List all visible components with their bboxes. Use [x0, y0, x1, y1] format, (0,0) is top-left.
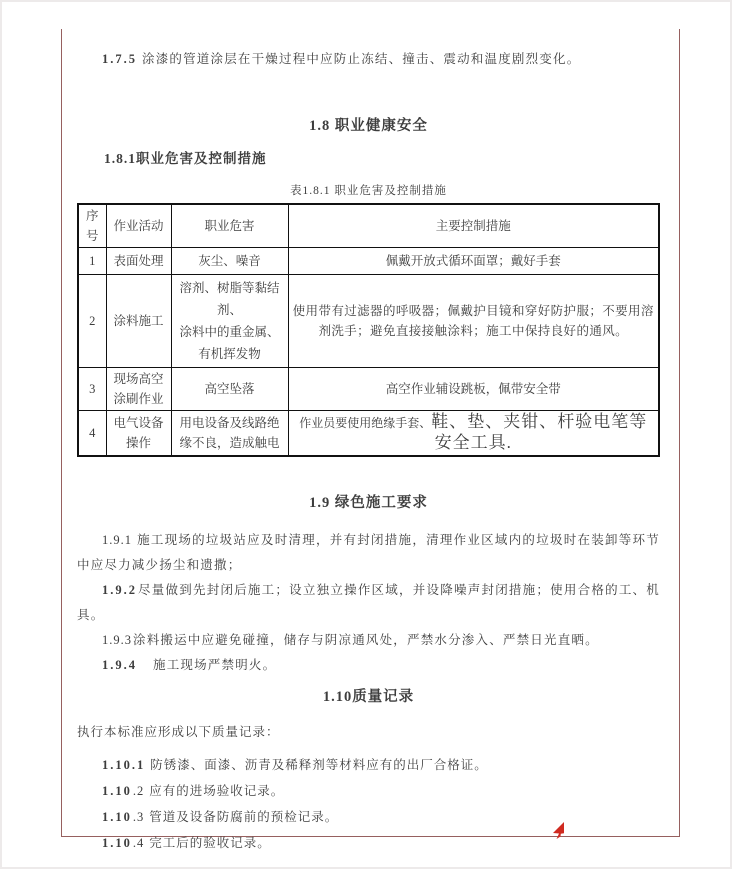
clause-text: 涂漆的管道涂层在干燥过程中应防止冻结、撞击、震动和温度剧烈变化。	[142, 52, 580, 66]
table-row: 3 现场高空 涂刷作业 高空坠落 高空作业辅设跳板，佩带安全带	[78, 367, 659, 410]
document-content: 1.7.5涂漆的管道涂层在干燥过程中应防止冻结、撞击、震动和温度剧烈变化。 1.…	[77, 47, 660, 856]
section-heading-1-9: 1.9 绿色施工要求	[77, 493, 660, 513]
cell-activity: 涂料施工	[106, 274, 171, 367]
clause-number: 1.9.3	[102, 633, 132, 647]
cell-activity: 电气设备 操作	[106, 410, 171, 456]
paragraph-1-10-4: 1.10.4完工后的验收记录。	[77, 830, 660, 856]
cell-activity: 表面处理	[106, 247, 171, 274]
cell-activity: 现场高空 涂刷作业	[106, 367, 171, 410]
header-seq: 序号	[78, 204, 106, 248]
cell-seq: 1	[78, 247, 106, 274]
cell-hazard: 灰尘、噪音	[171, 247, 288, 274]
header-hazard: 职业危害	[171, 204, 288, 248]
paragraph-1-9-3: 1.9.3涂料搬运中应避免碰撞，储存与阴凉通风处，严禁水分渗入、严禁日光直晒。	[77, 628, 660, 653]
section-heading-1-8: 1.8 职业健康安全	[77, 116, 660, 136]
paragraph-1-9-2: 1.9.2尽量做到先封闭后施工；设立独立操作区域，并设降噪声封闭措施；使用合格的…	[77, 578, 660, 628]
clause-text: 施工现场严禁明火。	[153, 658, 276, 672]
clause-text: 应有的进场验收记录。	[149, 784, 284, 798]
table-row: 2 涂料施工 溶剂、树脂等黏结 剂、 涂料中的重金属、 有机挥发物 使用带有过滤…	[78, 274, 659, 367]
clause-number: 1.10	[102, 810, 132, 824]
clause-number: 1.9.2	[102, 583, 137, 597]
header-activity: 作业活动	[106, 204, 171, 248]
paragraph-1-10-3: 1.10.3管道及设备防腐前的预检记录。	[77, 804, 660, 830]
table-row: 1 表面处理 灰尘、噪音 佩戴开放式循环面罩；戴好手套	[78, 247, 659, 274]
control-text-large: 鞋、垫、夹钳、杆验电笔等安全工具.	[431, 412, 647, 452]
cell-seq: 2	[78, 274, 106, 367]
cell-control: 作业员要使用绝缘手套、鞋、垫、夹钳、杆验电笔等安全工具.	[288, 410, 659, 456]
clause-text: 管道及设备防腐前的预检记录。	[149, 810, 338, 824]
table-caption: 表1.8.1 职业危害及控制措施	[77, 183, 660, 199]
clause-number: 1.7.5	[102, 52, 137, 66]
control-text-small: 作业员要使用绝缘手套、	[299, 416, 431, 430]
clause-number-suffix: .3	[133, 810, 144, 824]
clause-text: 防锈漆、面漆、沥青及稀释剂等材料应有的出厂合格证。	[150, 758, 488, 772]
cell-hazard: 高空坠落	[171, 367, 288, 410]
red-cursor-arrow-icon	[551, 821, 567, 840]
table-header-row: 序号 作业活动 职业危害 主要控制措施	[78, 204, 659, 248]
table-row: 4 电气设备 操作 用电设备及线路绝缘不良，造成触电 作业员要使用绝缘手套、鞋、…	[78, 410, 659, 456]
paragraph-1-9-4: 1.9.4施工现场严禁明火。	[77, 653, 660, 678]
clause-number: 1.10	[102, 784, 132, 798]
clause-number-suffix: .4	[133, 836, 144, 850]
cell-control: 佩戴开放式循环面罩；戴好手套	[288, 247, 659, 274]
quality-records-intro: 执行本标准应形成以下质量记录：	[77, 720, 660, 745]
clause-number: 1.9.4	[102, 658, 137, 672]
paragraph-1-9-1: 1.9.1施工现场的垃圾站应及时清理，并有封闭措施，清理作业区域内的垃圾时在装卸…	[77, 528, 660, 578]
cell-control: 高空作业辅设跳板，佩带安全带	[288, 367, 659, 410]
quality-records-list: 1.10.1防锈漆、面漆、沥青及稀释剂等材料应有的出厂合格证。 1.10.2应有…	[77, 752, 660, 856]
clause-text: 施工现场的垃圾站应及时清理，并有封闭措施，清理作业区域内的垃圾时在装卸等环节中应…	[77, 533, 660, 572]
paragraph-1-10-1: 1.10.1防锈漆、面漆、沥青及稀释剂等材料应有的出厂合格证。	[77, 752, 660, 778]
section-heading-1-10: 1.10质量记录	[77, 687, 660, 707]
cell-hazard: 用电设备及线路绝缘不良，造成触电	[171, 410, 288, 456]
clause-number: 1.10.1	[102, 758, 145, 772]
clause-text: 完工后的验收记录。	[149, 836, 271, 850]
clause-number-suffix: .2	[133, 784, 144, 798]
cell-seq: 4	[78, 410, 106, 456]
paragraph-1-10-2: 1.10.2应有的进场验收记录。	[77, 778, 660, 804]
header-control: 主要控制措施	[288, 204, 659, 248]
section-heading-1-8-1: 1.8.1职业危害及控制措施	[77, 149, 660, 169]
clause-number: 1.9.1	[102, 533, 132, 547]
clause-number: 1.10	[102, 836, 132, 850]
cell-control: 使用带有过滤器的呼吸器；佩戴护目镜和穿好防护服；不要用溶剂洗手；避免直接接触涂料…	[288, 274, 659, 367]
clause-text: 尽量做到先封闭后施工；设立独立操作区域，并设降噪声封闭措施；使用合格的工、机具。	[77, 583, 660, 622]
paragraph-1-7-5: 1.7.5涂漆的管道涂层在干燥过程中应防止冻结、撞击、震动和温度剧烈变化。	[77, 47, 660, 72]
cell-seq: 3	[78, 367, 106, 410]
hazard-control-table: 序号 作业活动 职业危害 主要控制措施 1 表面处理 灰尘、噪音 佩戴开放式循环…	[77, 203, 660, 458]
clause-text: 涂料搬运中应避免碰撞，储存与阴凉通风处，严禁水分渗入、严禁日光直晒。	[133, 633, 599, 647]
cell-hazard: 溶剂、树脂等黏结 剂、 涂料中的重金属、 有机挥发物	[171, 274, 288, 367]
document-page: { "page": { "border_color": "#96605f", "…	[0, 0, 732, 869]
